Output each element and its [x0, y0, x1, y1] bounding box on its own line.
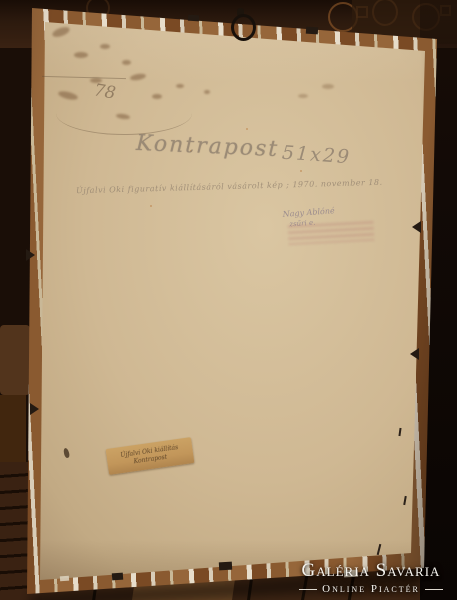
cardboard-shading	[0, 0, 457, 600]
metal-clip	[26, 249, 35, 261]
speck	[246, 128, 248, 130]
metal-clip	[410, 348, 419, 360]
pencil-scribble: 78	[93, 80, 118, 103]
speck	[300, 170, 302, 172]
metal-clip	[306, 27, 318, 35]
stain	[322, 84, 334, 89]
watermark-rule-right	[425, 589, 443, 590]
pencil-arc	[56, 92, 192, 135]
speck	[150, 205, 152, 207]
stain	[176, 84, 184, 88]
watermark-subtitle-row: Online Piactér	[287, 582, 455, 596]
furniture-wood-highlight	[0, 325, 30, 395]
watermark-title: Galéria Savaria	[287, 560, 455, 582]
watermark-subtitle: Online Piactér	[322, 582, 420, 596]
handwritten-dimensions: 51x29	[281, 142, 351, 169]
stain	[100, 44, 110, 49]
stain	[74, 52, 88, 58]
metal-clip	[188, 15, 199, 22]
stain	[298, 94, 308, 98]
watermark-rule-left	[299, 589, 317, 590]
photo-frame-back: 78 Kontrapost 51x29 Újfalvi Oki figuratí…	[0, 0, 457, 600]
metal-clip	[30, 403, 39, 415]
metal-clip	[412, 221, 421, 233]
metal-clip	[112, 573, 123, 581]
paint-chip	[60, 576, 69, 582]
site-watermark: Galéria Savaria Online Piactér	[287, 560, 455, 596]
stain	[204, 90, 210, 94]
stain	[122, 60, 131, 65]
hanging-ring	[231, 14, 256, 41]
metal-clip	[219, 562, 232, 571]
